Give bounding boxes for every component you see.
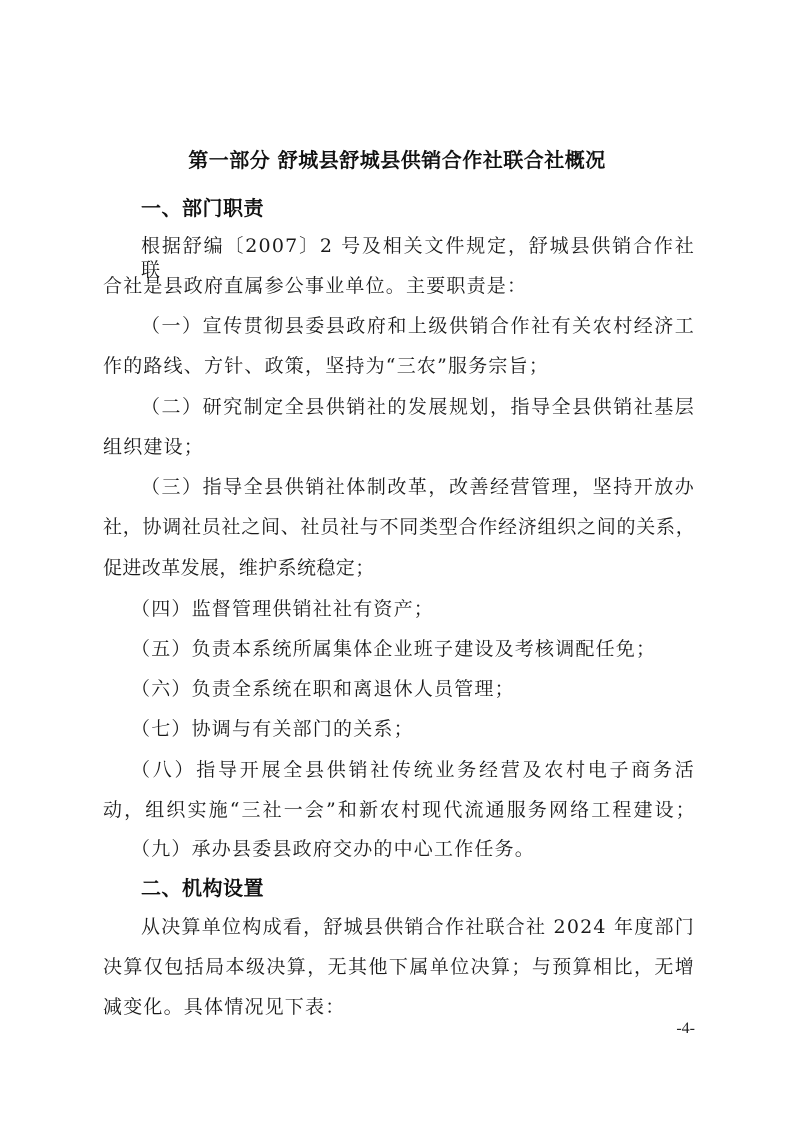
duty-3-line-1: （三）指导全县供销社体制改革，改善经营管理，坚持开放办 xyxy=(141,475,695,499)
duty-3-line-3: 促进改革发展，维护系统稳定； xyxy=(103,556,695,580)
duty-2-line-2: 组织建设； xyxy=(103,435,695,459)
duty-6: （六）负责全系统在职和离退休人员管理； xyxy=(131,677,685,701)
section-heading-duties: 一、部门职责 xyxy=(141,195,264,221)
org-paragraph-line-2: 决算仅包括局本级决算，无其他下属单位决算；与预算相比，无增 xyxy=(103,955,695,979)
duty-9: （九）承办县委县政府交办的中心工作任务。 xyxy=(131,837,685,861)
document-title: 第一部分 舒城县舒城县供销合作社联合社概况 xyxy=(0,147,794,173)
section-heading-organization: 二、机构设置 xyxy=(141,875,264,901)
duty-8-line-2: 动，组织实施“三社一会”和新农村现代流通服务网络工程建设； xyxy=(103,798,695,822)
duty-2-line-1: （二）研究制定全县供销社的发展规划，指导全县供销社基层 xyxy=(141,395,695,419)
duty-5: （五）负责本系统所属集体企业班子建设及考核调配任免； xyxy=(131,637,685,661)
org-paragraph-line-1: 从决算单位构成看，舒城县供销合作社联合社 2024 年度部门 xyxy=(141,915,695,939)
document-page: 第一部分 舒城县舒城县供销合作社联合社概况 一、部门职责 根据舒编〔2007〕2… xyxy=(0,0,794,1122)
duty-3-line-2: 社，协调社员社之间、社员社与不同类型合作经济组织之间的关系， xyxy=(103,515,695,539)
duty-7: （七）协调与有关部门的关系； xyxy=(131,717,685,741)
duty-4: （四）监督管理供销社社有资产； xyxy=(131,597,685,621)
intro-line-2: 合社是县政府直属参公事业单位。主要职责是： xyxy=(103,274,695,298)
page-number: -4- xyxy=(650,1019,695,1039)
duty-8-line-1: （八）指导开展全县供销社传统业务经营及农村电子商务活 xyxy=(131,758,695,782)
org-paragraph-line-3: 减变化。具体情况见下表： xyxy=(103,995,695,1019)
duty-1-line-2: 作的路线、方针、政策，坚持为“三农”服务宗旨； xyxy=(103,354,695,378)
duty-1-line-1: （一）宣传贯彻县委县政府和上级供销合作社有关农村经济工 xyxy=(141,314,695,338)
